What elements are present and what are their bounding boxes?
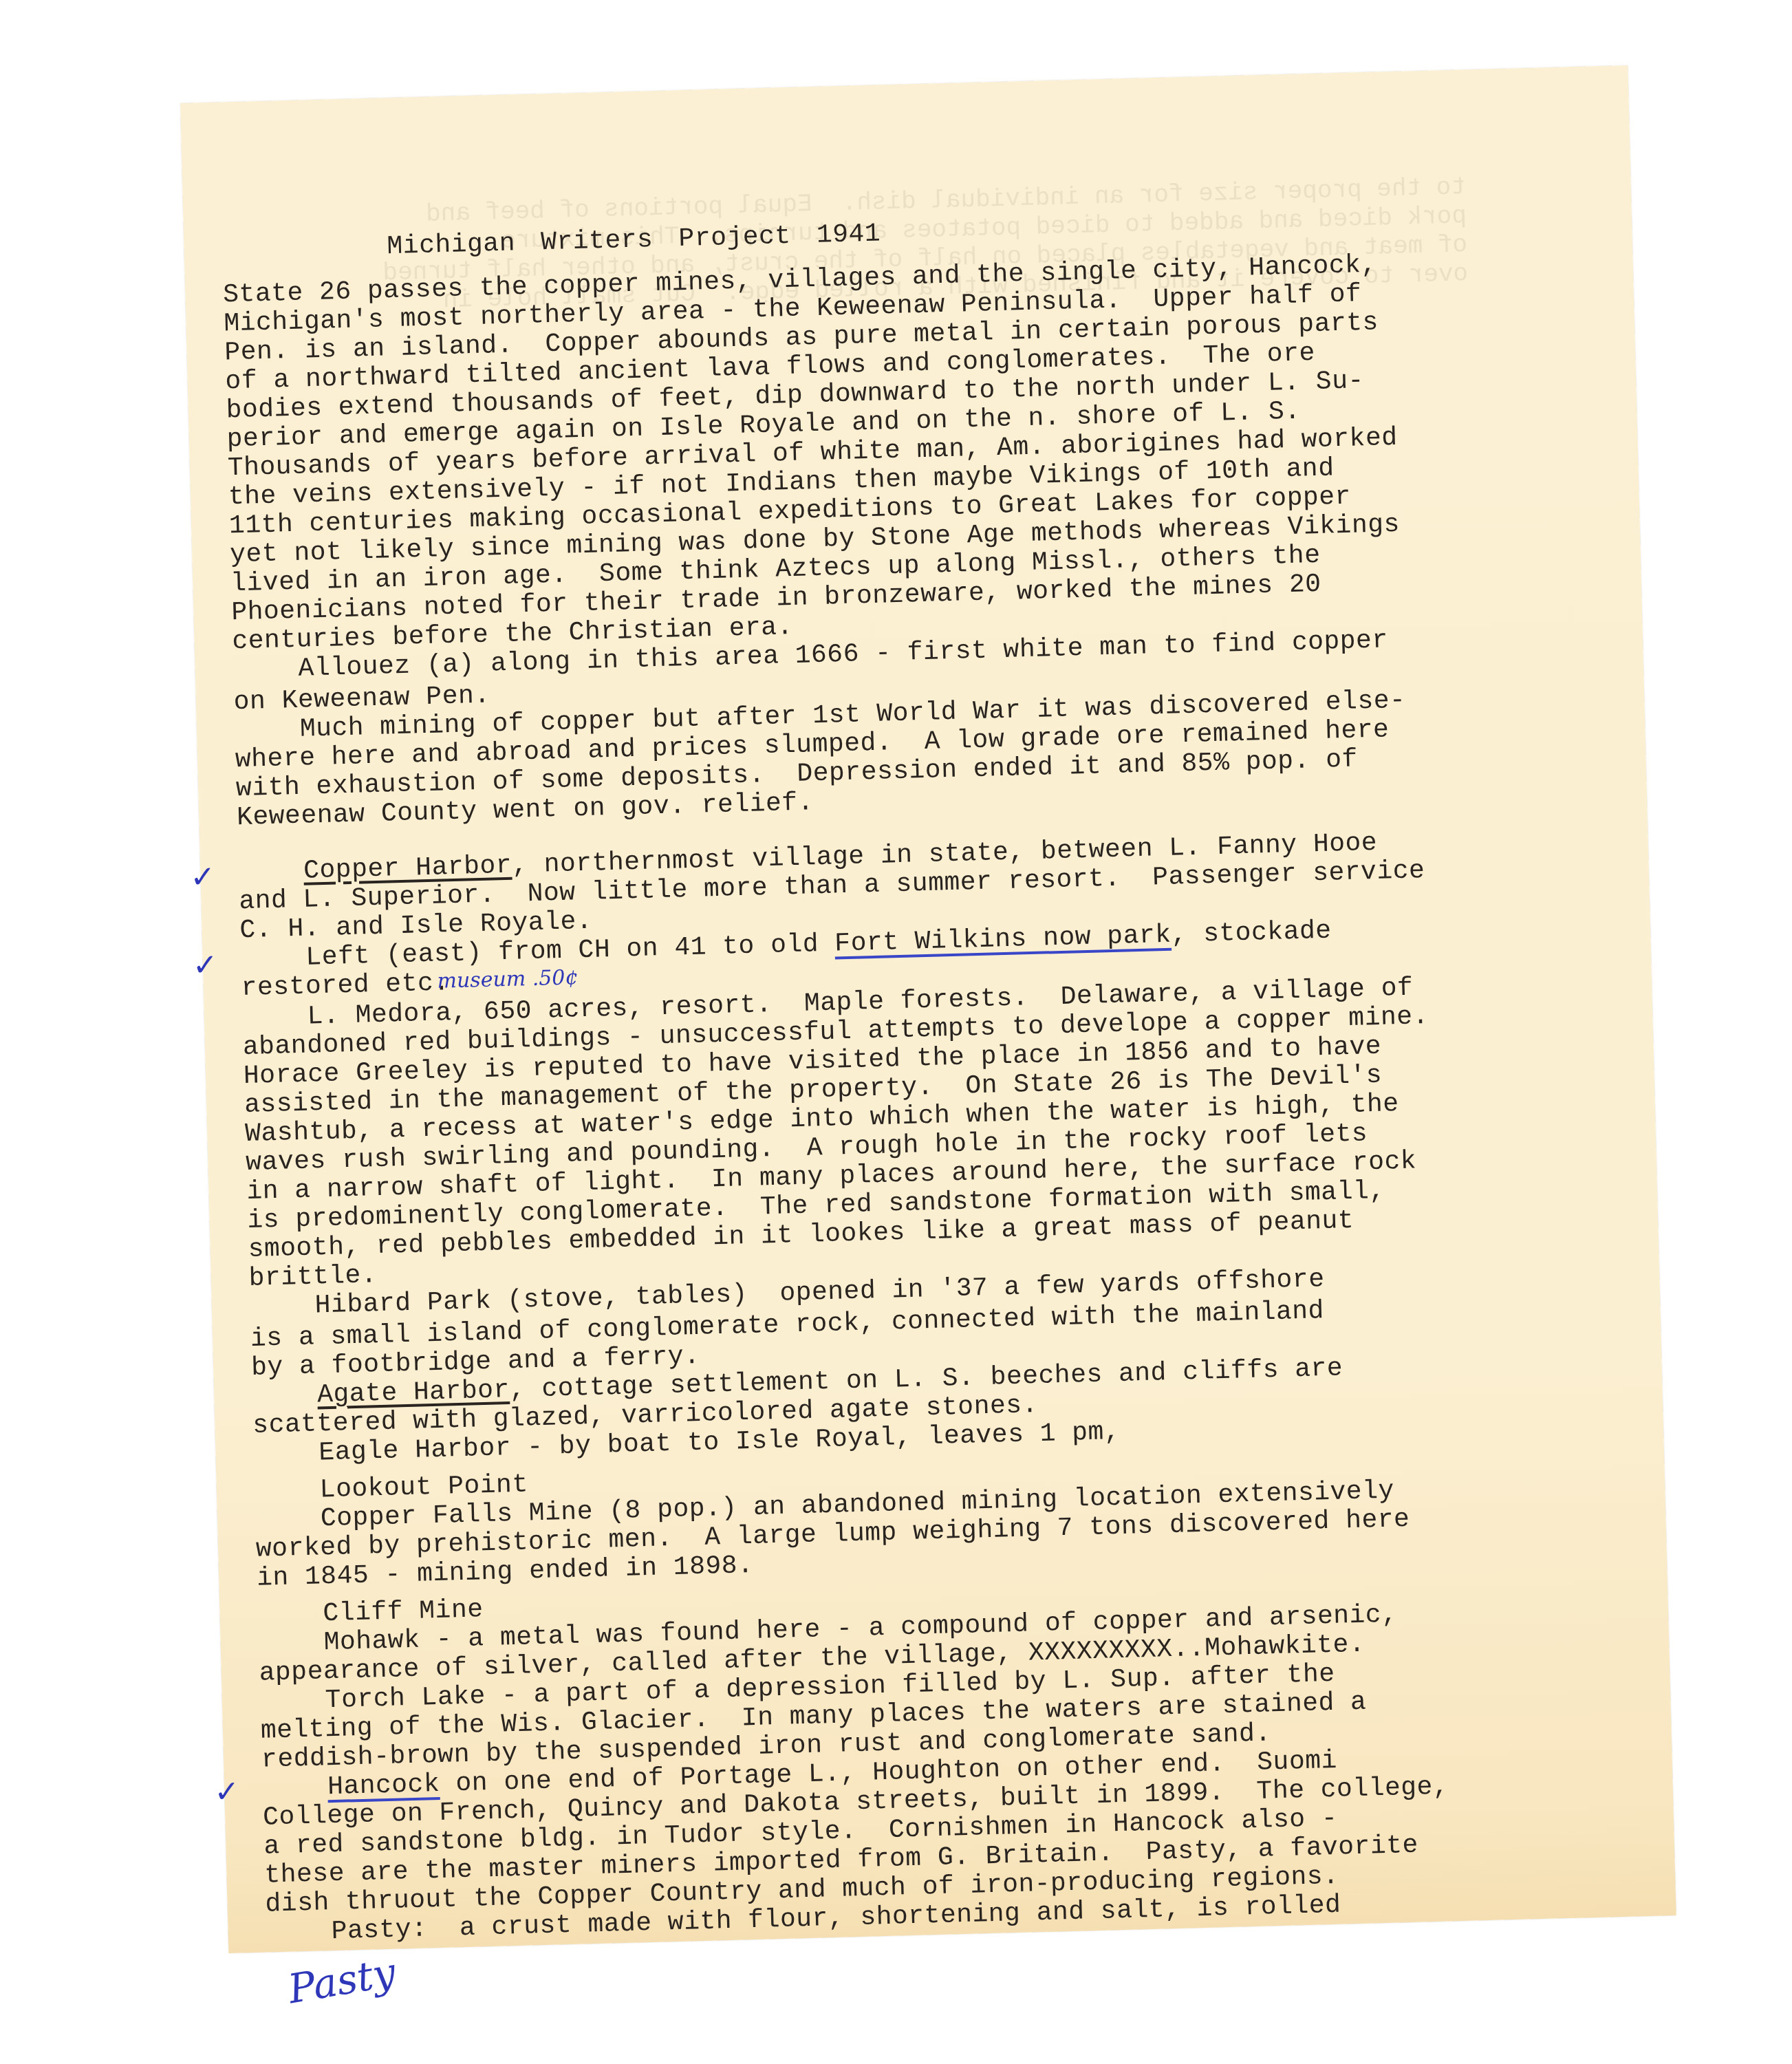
checkmark-icon: ✓ [214, 1774, 240, 1810]
checkmark-icon: ✓ [190, 859, 216, 895]
pasty-margin-note: Pasty [285, 1948, 399, 2012]
hancock-heading: Hancock [327, 1770, 440, 1802]
typed-text: Michigan Writers Project 1941 State 26 p… [180, 65, 1628, 103]
museum-handnote: museum .50¢ [437, 965, 579, 993]
bleed-line: to the proper size for an individual dis… [426, 173, 1467, 228]
text-line: brittle. [248, 1261, 377, 1293]
page-header: Michigan Writers Project 1941 [387, 219, 881, 261]
restored-line: restored etc. [241, 969, 450, 1003]
document-page: to the proper size for an individual dis… [180, 65, 1676, 1953]
text-span: restored etc. [241, 968, 450, 1003]
fort-wilkins-underlined: Fort Wilkins now park [834, 921, 1172, 959]
text-span: , stockade [1171, 916, 1332, 950]
checkmark-icon: ✓ [192, 947, 218, 983]
